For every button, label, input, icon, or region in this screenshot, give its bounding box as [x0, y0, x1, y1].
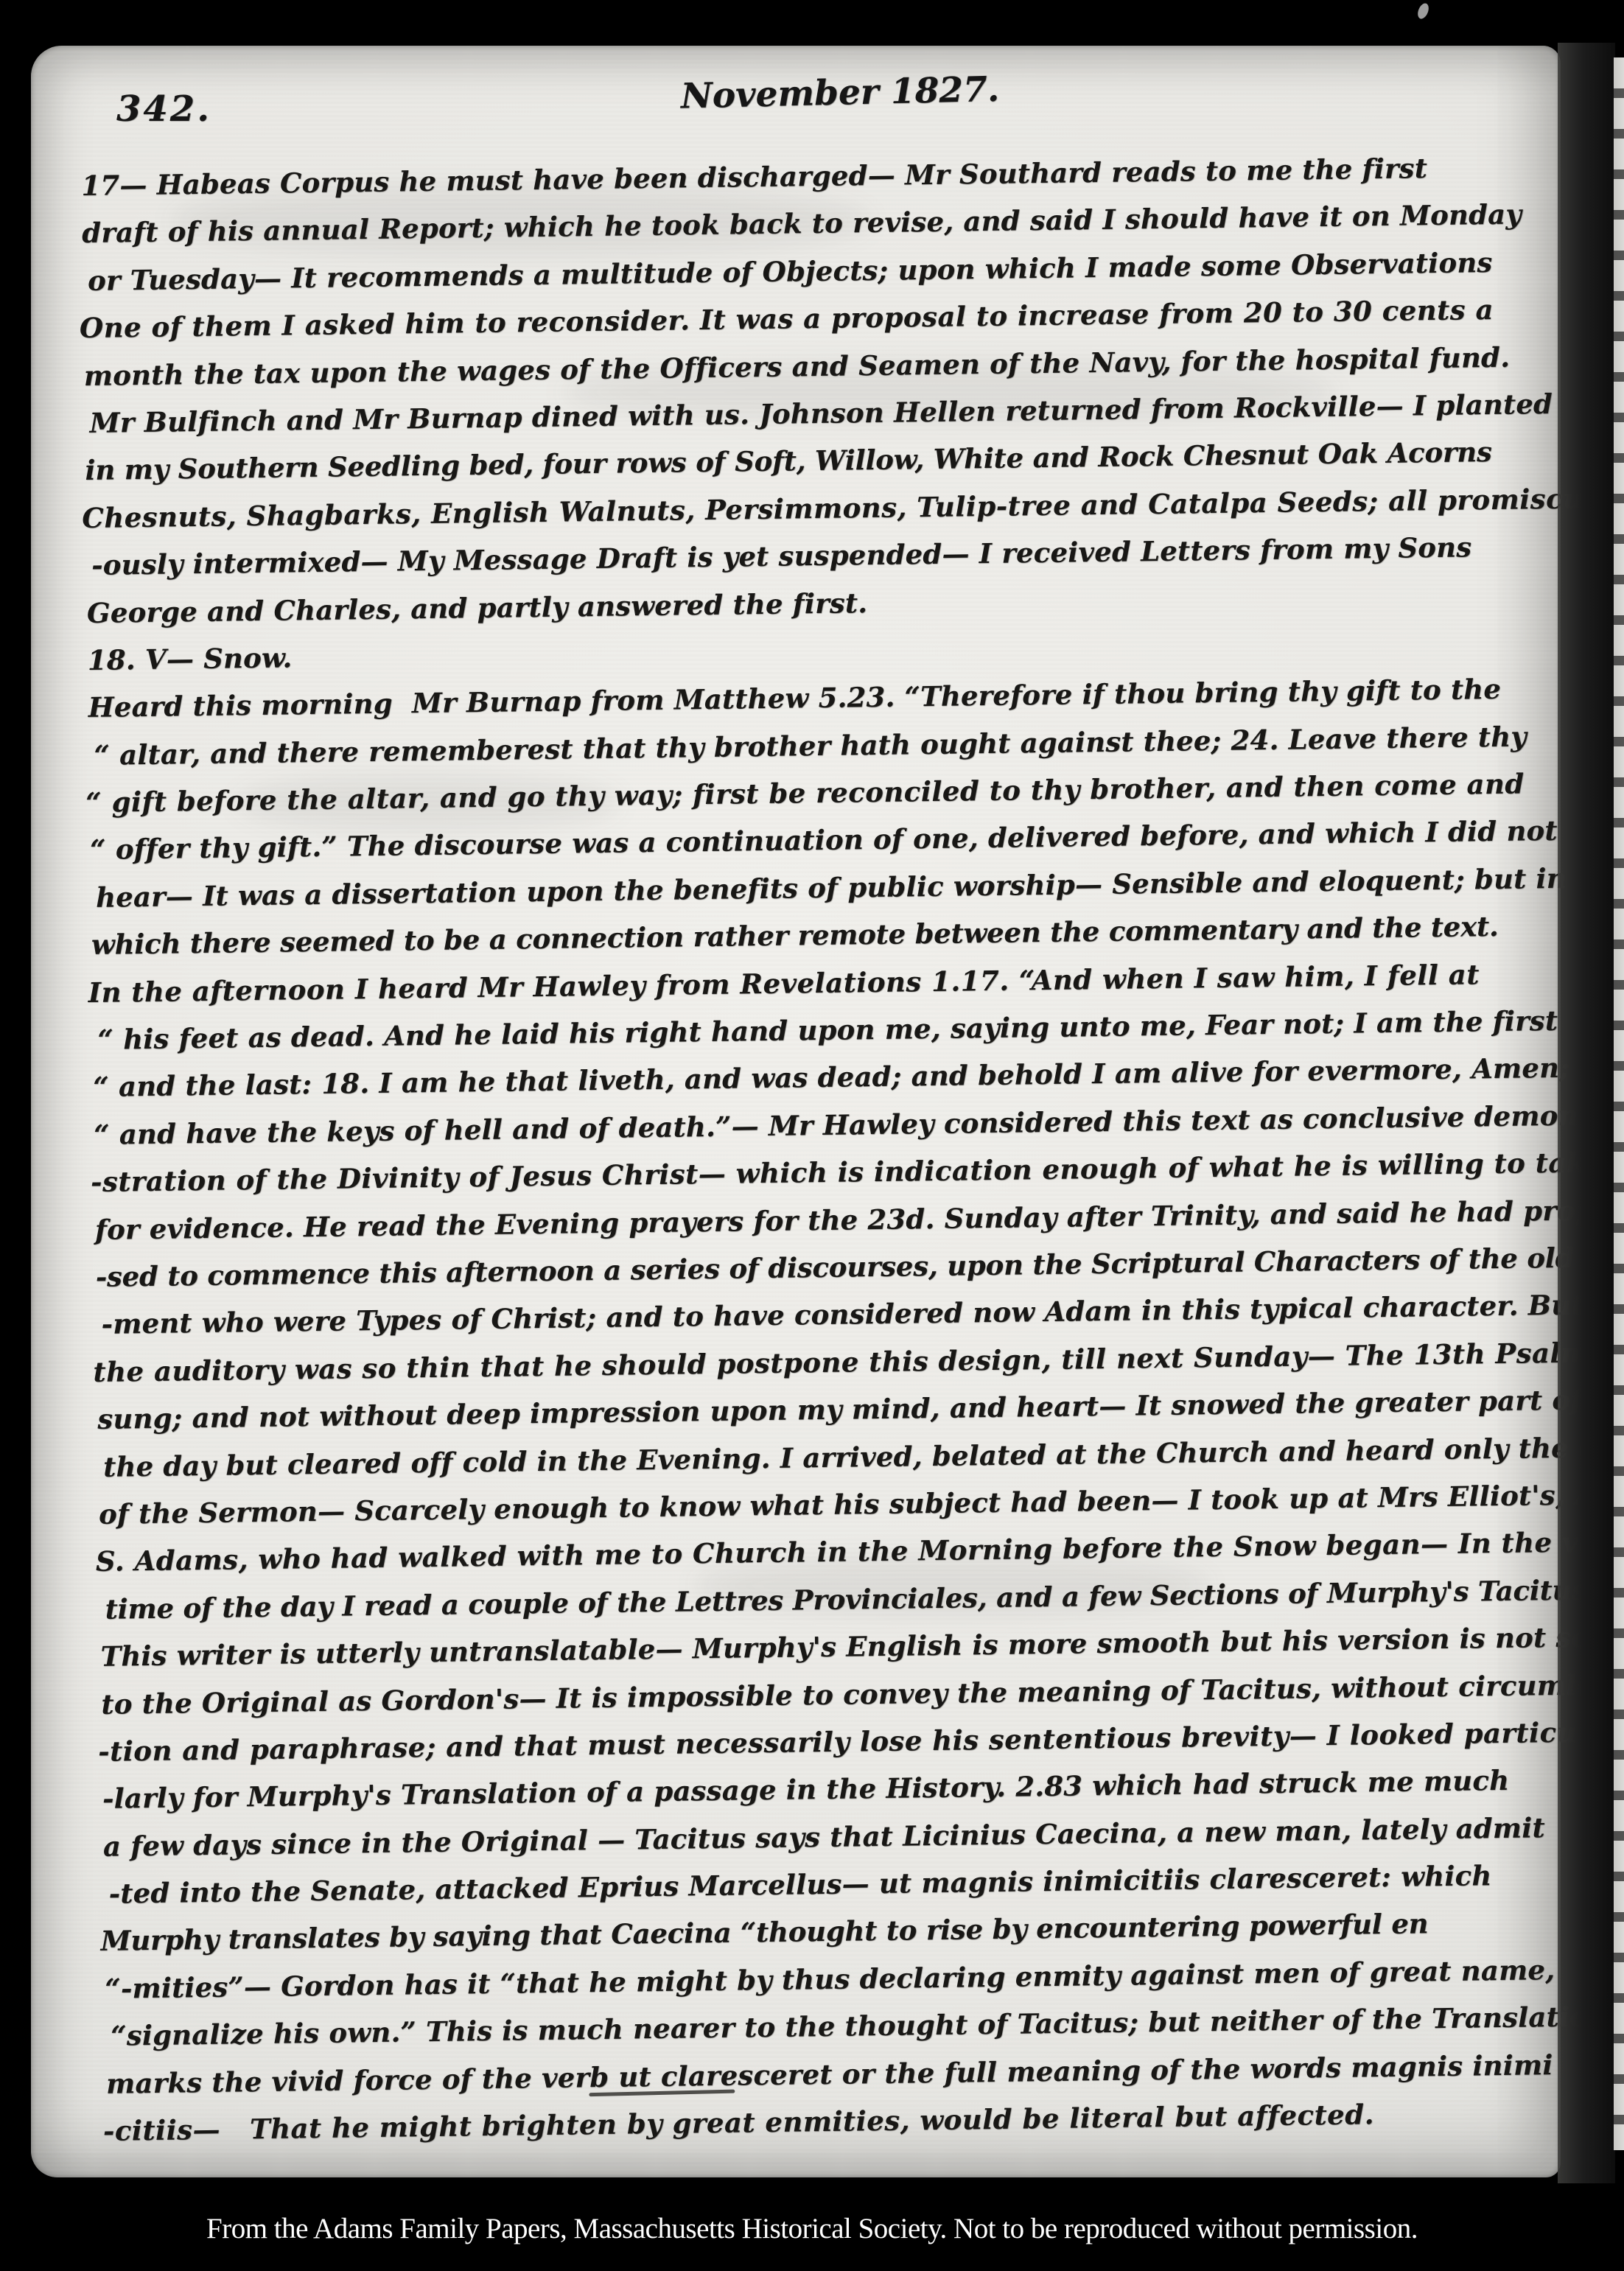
diary-entry-nov-18: 18. V— Snow.Heard this morning Mr Burnap… — [87, 617, 1553, 2155]
diary-entry-nov-17: 17— Habeas Corpus he must have been disc… — [81, 143, 1533, 637]
adjacent-page-sliver — [1614, 57, 1624, 2150]
handwritten-text-block: 17— Habeas Corpus he must have been disc… — [81, 143, 1553, 2155]
diary-page: 342. November 1827. 17— Habeas Corpus he… — [31, 46, 1561, 2177]
archive-caption: From the Adams Family Papers, Massachuse… — [0, 2212, 1624, 2245]
scan-artifact-speck — [1415, 1, 1430, 20]
manuscript-scan: 342. November 1827. 17— Habeas Corpus he… — [0, 0, 1624, 2271]
binding-gutter-shadow — [1558, 43, 1615, 2183]
month-year-heading: November 1827. — [75, 55, 1606, 130]
